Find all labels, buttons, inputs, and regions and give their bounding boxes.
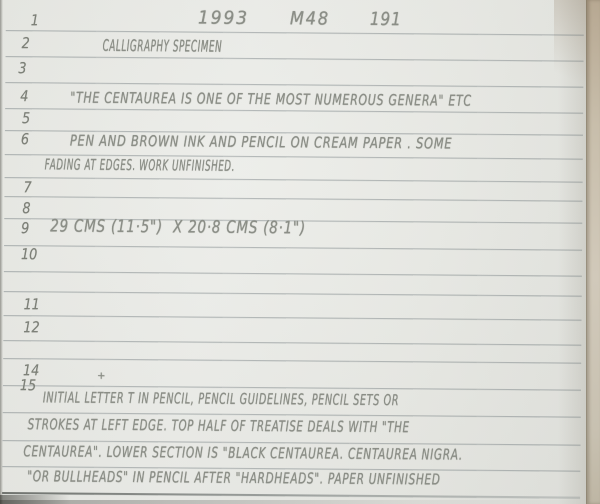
bottom-edge-shadow bbox=[0, 500, 600, 504]
scanned-notebook-page: 1 2 3 4 5 6 7 8 9 10 11 12 14 15 1993 M4… bbox=[0, 0, 600, 504]
header-code: M48 bbox=[290, 9, 330, 30]
stray-plus-mark: + bbox=[97, 371, 105, 383]
ruled-line bbox=[4, 315, 582, 321]
ruled-line bbox=[6, 30, 584, 36]
ruled-line bbox=[3, 340, 581, 346]
margin-number-1: 1 bbox=[31, 11, 39, 29]
header-year: 1993 bbox=[198, 9, 249, 30]
ruled-line bbox=[5, 108, 583, 114]
notes-line-2: STROKES AT LEFT EDGE. TOP HALF OF TREATI… bbox=[28, 416, 410, 436]
ruled-line bbox=[5, 177, 583, 183]
notes-line-1: INITIAL LETTER T IN PENCIL, PENCIL GUIDE… bbox=[43, 389, 399, 409]
ruled-line bbox=[4, 291, 582, 297]
ruled-line bbox=[5, 82, 583, 88]
ruled-line bbox=[3, 358, 581, 364]
dimensions-line: 29 CMS (11·5") X 20·8 CMS (8·1") bbox=[50, 217, 306, 239]
margin-number-15: 15 bbox=[20, 376, 36, 394]
margin-number-10: 10 bbox=[21, 245, 37, 263]
ruled-line bbox=[4, 245, 582, 251]
notes-line-3: CENTAUREA". LOWER SECTION IS "BLACK CENT… bbox=[23, 443, 463, 464]
margin-number-12: 12 bbox=[23, 318, 39, 336]
ruled-line bbox=[2, 492, 580, 499]
margin-number-11: 11 bbox=[24, 295, 40, 313]
margin-number-4: 4 bbox=[20, 87, 28, 105]
margin-number-8: 8 bbox=[22, 199, 30, 217]
quote-line: "THE CENTAUREA IS ONE OF THE MOST NUMERO… bbox=[70, 90, 472, 110]
header-number: 191 bbox=[370, 10, 402, 31]
medium-line-1: PEN AND BROWN INK AND PENCIL ON CREAM PA… bbox=[70, 133, 453, 153]
page-content: 1 2 3 4 5 6 7 8 9 10 11 12 14 15 1993 M4… bbox=[0, 0, 588, 504]
notes-line-4: "OR BULLHEADS" IN PENCIL AFTER "HARDHEAD… bbox=[27, 468, 440, 488]
margin-number-2: 2 bbox=[22, 34, 30, 52]
title-line: CALLIGRAPHY SPECIMEN bbox=[103, 37, 223, 56]
page-right-edge bbox=[586, 0, 600, 504]
ruled-line bbox=[4, 271, 582, 277]
margin-number-9: 9 bbox=[21, 219, 29, 237]
medium-line-2: FADING AT EDGES. WORK UNFINISHED. bbox=[45, 156, 235, 175]
margin-number-7: 7 bbox=[23, 178, 31, 196]
margin-number-6: 6 bbox=[21, 130, 29, 148]
margin-number-5: 5 bbox=[22, 109, 30, 127]
ruled-line bbox=[4, 196, 582, 202]
ruled-line bbox=[6, 56, 584, 62]
margin-number-3: 3 bbox=[18, 59, 26, 77]
